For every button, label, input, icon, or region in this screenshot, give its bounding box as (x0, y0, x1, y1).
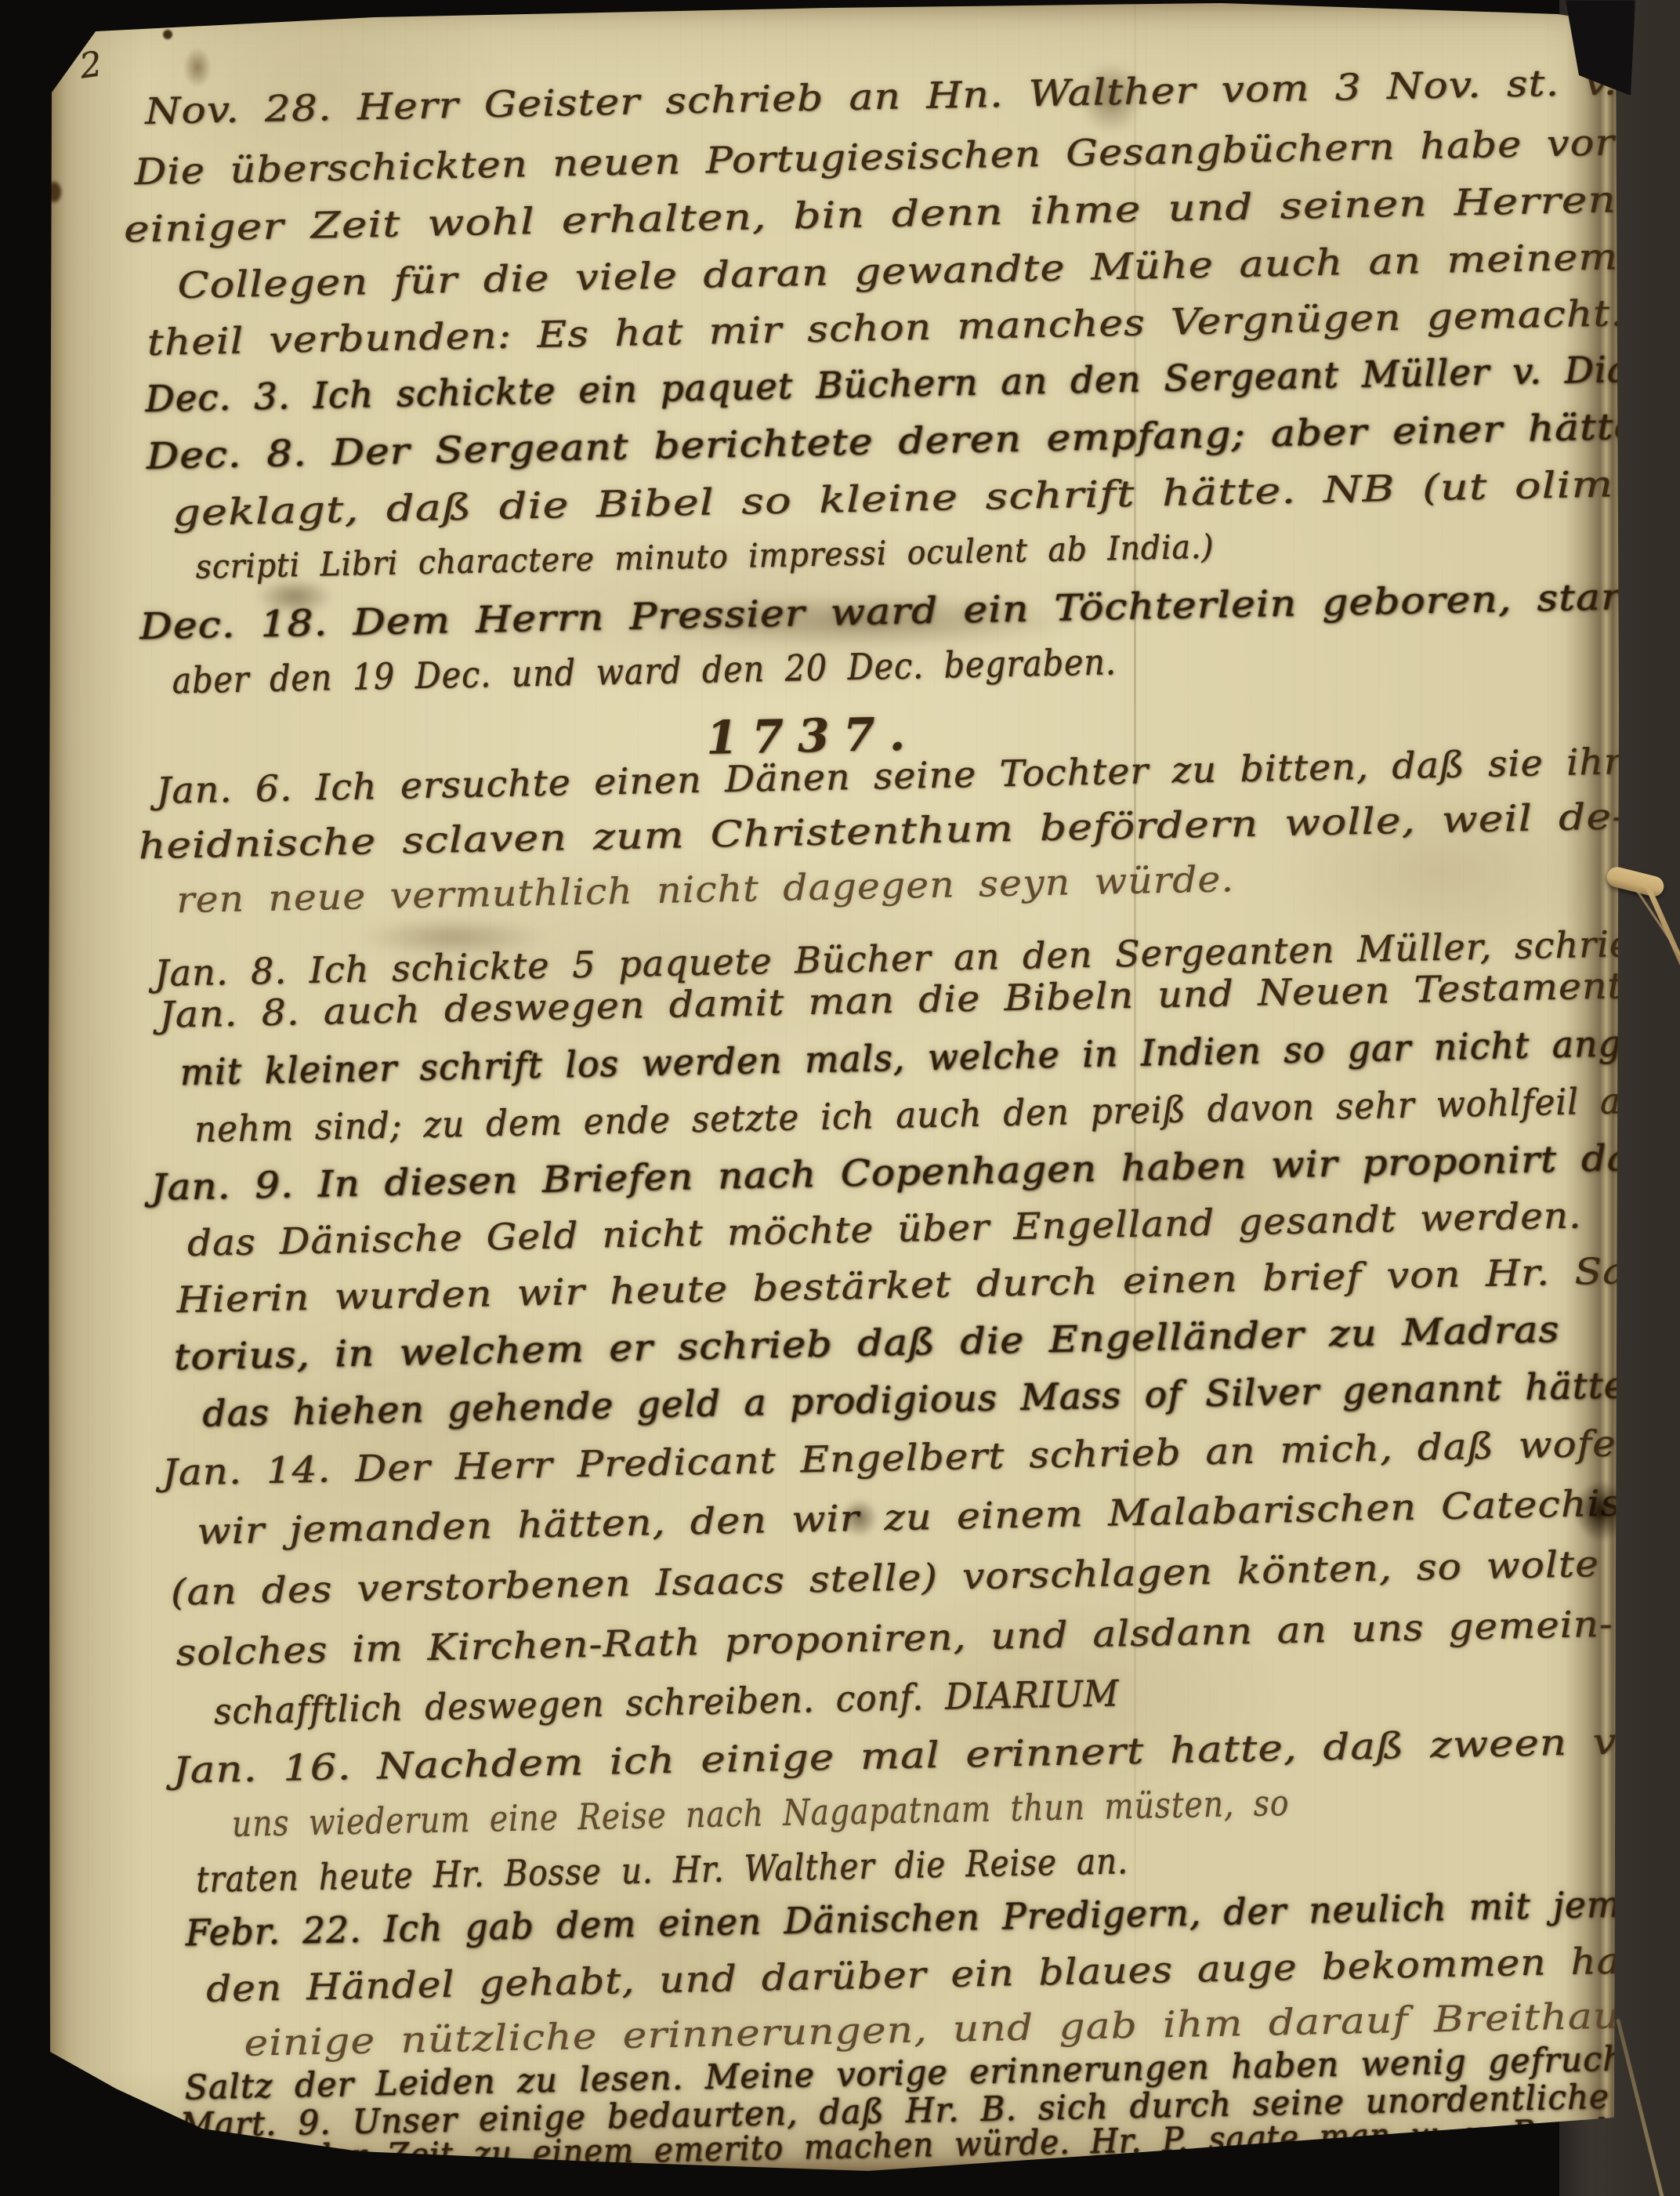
manuscript-line: das Dänische Geld nicht möchte über Enge… (186, 1194, 1581, 1264)
manuscript-line: aber den 19 Dec. und ward den 20 Dec. be… (172, 640, 1117, 701)
manuscript-line: ren neue vermuthlich nicht dagegen seyn … (176, 857, 1235, 921)
manuscript-line: solches im Kirchen-Rath proponiren, und … (176, 1603, 1613, 1674)
manuscript-line: traten heute Hr. Bosse u. Hr. Walther di… (196, 1839, 1128, 1901)
manuscript-line: Jan. 16. Nachdem ich einige mal erinnert… (172, 1719, 1671, 1791)
manuscript-line: wir jemanden hätten, den wir zu einem Ma… (197, 1480, 1680, 1553)
manuscript-line: geklagt, daß die Bibel so kleine schrift… (172, 462, 1614, 534)
manuscript-line: (an des verstorbenen Isaacs stelle) vors… (170, 1541, 1667, 1613)
manuscript-line: Jan. 14. Der Herr Predicant Engelbert sc… (161, 1421, 1662, 1493)
binding-cord-knot (1603, 862, 1680, 987)
manuscript-page: 2 1737. Nov. 28. Herr Geister schrieb an… (45, 0, 1628, 2179)
scanned-manuscript-photo: 2 1737. Nov. 28. Herr Geister schrieb an… (0, 0, 1680, 2196)
text-block: 1737. Nov. 28. Herr Geister schrieb an H… (43, 0, 1669, 2180)
manuscript-line: torius, in welchem er schrieb daß die En… (173, 1308, 1560, 1378)
manuscript-line: das hiehen gehende geld a prodigious Mas… (202, 1363, 1664, 1434)
cord-loop (1605, 864, 1666, 898)
manuscript-line: schafftlich deswegen schreiben. conf. DI… (213, 1672, 1119, 1732)
manuscript-line: Dec. 18. Dem Herrn Pressier ward ein Töc… (139, 574, 1649, 647)
manuscript-line: scripti Libri charactere minuto impressi… (195, 527, 1215, 586)
manuscript-line: uns wiederum eine Reise nach Nagapatnam … (231, 1781, 1289, 1845)
manuscript-line: Nov. 28. Herr Geister schrieb an Hn. Wal… (144, 60, 1617, 132)
